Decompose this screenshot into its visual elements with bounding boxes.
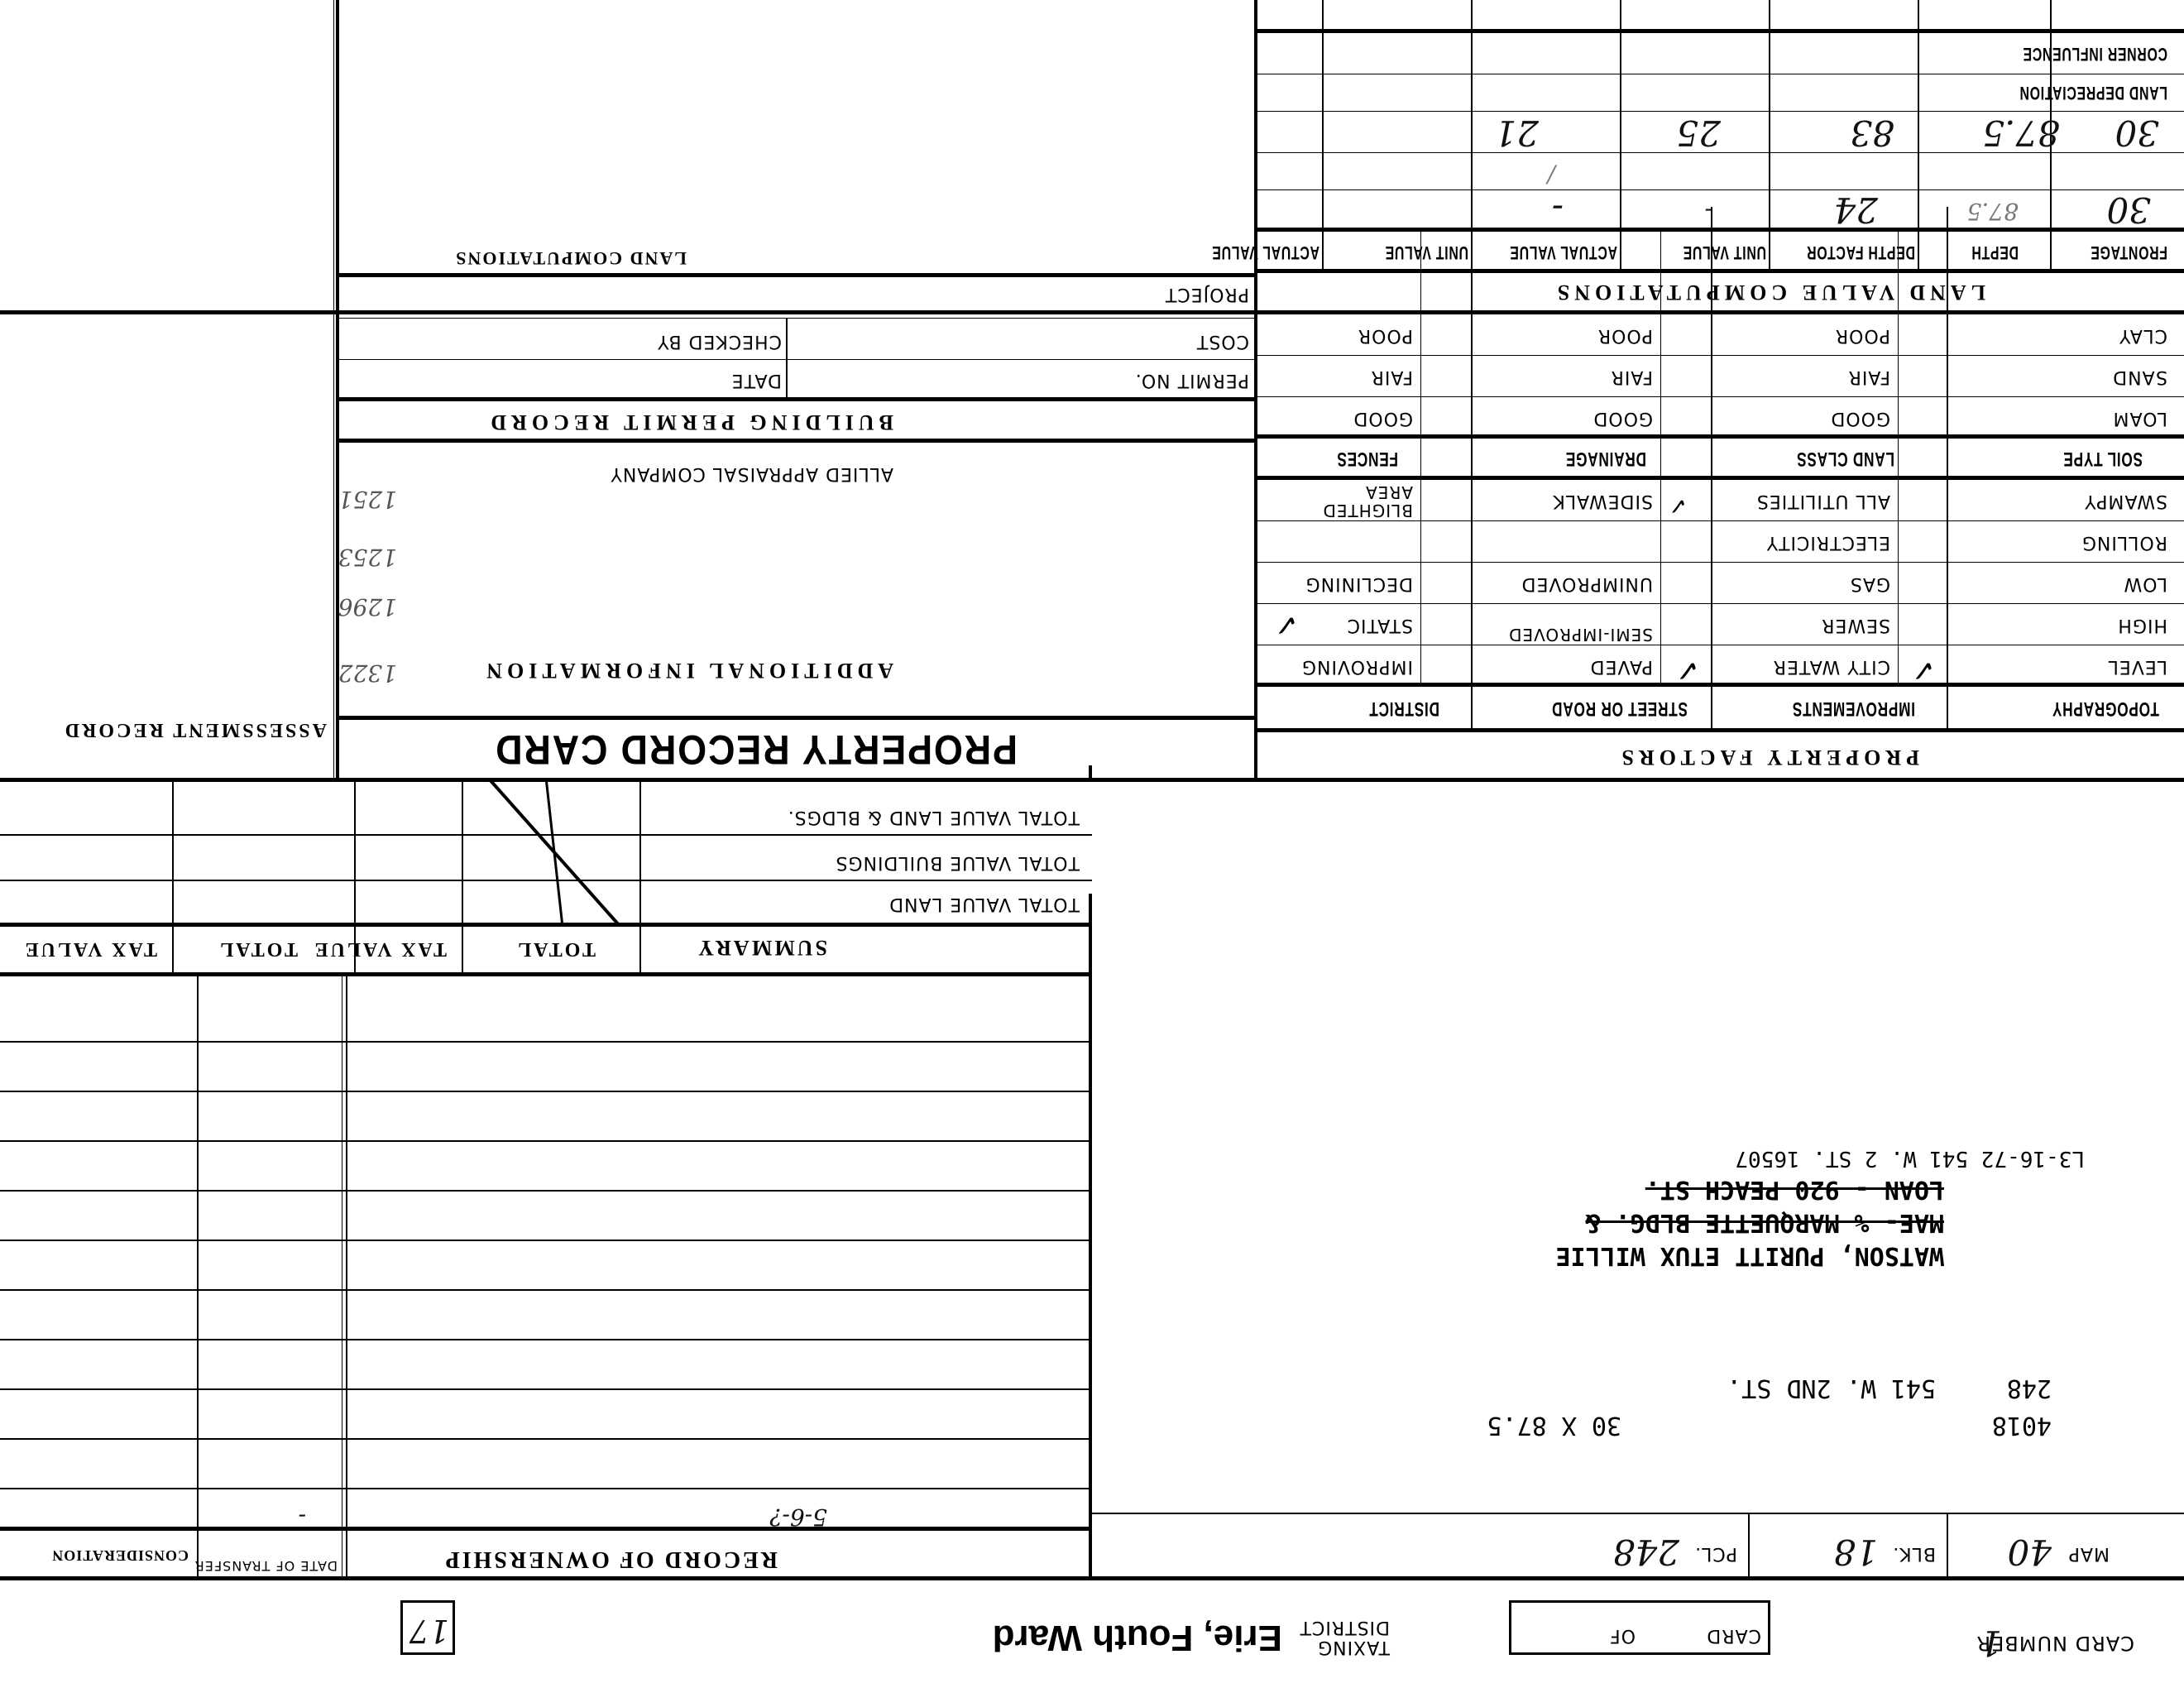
ward-box: 17 xyxy=(400,1600,455,1655)
blk-value: 18 xyxy=(1834,1532,1878,1572)
permit-cost-label: COST xyxy=(1196,331,1249,352)
card-label: CARD xyxy=(1706,1625,1761,1646)
owner-name: WATSON, PURITT ETUX WILLIE xyxy=(1555,1241,1944,1270)
fences-poor: POOR xyxy=(1358,325,1413,346)
factor-rolling: ROLLING xyxy=(2081,532,2167,553)
allied-appraisal-company: ALLIED APPRAISAL COMPANY xyxy=(610,463,893,484)
land-computations-title: LAND COMPUTATIONS xyxy=(454,247,687,269)
factor-all-utilities: ALL UTILITIES xyxy=(1756,491,1890,511)
soil-type-header: SOIL TYPE xyxy=(2063,447,2143,470)
fences-header: FENCES xyxy=(1337,447,1398,470)
fences-good: GOOD xyxy=(1353,408,1413,429)
date-of-transfer-header: DATE OF TRANSFER xyxy=(194,1558,338,1574)
street-or-road-header: STREET OR ROAD xyxy=(1551,697,1688,720)
factor-high: HIGH xyxy=(2117,615,2167,635)
district-header: DISTRICT xyxy=(1369,697,1439,720)
permit-project-label: PROJECT xyxy=(1165,284,1249,305)
additional-note-4: 1251 xyxy=(338,486,397,513)
unit-value-header: UNIT VALUE xyxy=(1683,242,1766,263)
pcl-label: PCL. xyxy=(1694,1543,1737,1564)
factor-swampy: SWAMPY xyxy=(2084,491,2167,511)
card-of-box: CARD OF xyxy=(1509,1600,1770,1655)
factor-gas: GAS xyxy=(1850,573,1890,594)
lvc-actual-value: - xyxy=(1552,189,1564,230)
owner-line1-left: 4018 xyxy=(1992,1411,2052,1440)
calc-depth: 87.5 xyxy=(1982,113,2060,153)
card-number-value: 1 xyxy=(1980,1623,2002,1663)
summary-tax-value-header: TAX VALUE xyxy=(313,938,447,960)
fences-fair: FAIR xyxy=(1371,367,1413,387)
actual-value-header: ACTUAL VALUE xyxy=(1510,242,1617,263)
owner-update-line: L3-16-72 541 W. 2 ST. 16507 xyxy=(1735,1146,2085,1171)
factor-declining: DECLINING xyxy=(1305,573,1413,594)
property-factors-title: PROPERTY FACTORS xyxy=(1617,745,1919,770)
calc-result: 21 xyxy=(1495,113,1539,153)
land-class-fair: FAIR xyxy=(1848,367,1890,387)
lvc-unit-value: - xyxy=(1705,198,1712,225)
property-record-card: CARD NUMBER 1 CARD OF TAXING DISTRICT Er… xyxy=(0,0,2184,1688)
lvc-depth-value: 87.5 xyxy=(1967,198,2019,225)
blk-label: BLK. xyxy=(1892,1543,1936,1564)
check-sidewalk-icon: ✓ xyxy=(1669,492,1688,520)
land-class-poor: POOR xyxy=(1835,325,1890,346)
factor-sidewalk: SIDEWALK xyxy=(1552,491,1653,511)
record-of-ownership-title: RECORD OF OWNERSHIP xyxy=(443,1546,778,1572)
owner-struck-line2: LOAN - 920 PEACH ST. xyxy=(1645,1175,1944,1204)
ownership-row1-date: - xyxy=(299,1503,306,1531)
land-class-header: LAND CLASS xyxy=(1796,447,1894,470)
factor-blighted-area: BLIGHTED AREA xyxy=(1289,483,1413,520)
soil-clay: CLAY xyxy=(2119,325,2167,346)
improvements-header: IMPROVEMENTS xyxy=(1792,697,1915,720)
summary-tax-value-header-2: TAX VALUE xyxy=(23,938,157,960)
lvc-depth-factor-value: 24 xyxy=(1834,189,1878,230)
summary-total-header-2: TOTAL xyxy=(218,938,298,960)
drainage-poor: POOR xyxy=(1597,325,1653,346)
factor-city-water: CITY WATER xyxy=(1773,656,1890,677)
property-record-card-title: PROPERTY RECORD CARD xyxy=(494,726,1018,774)
map-label: MAP xyxy=(2068,1543,2110,1564)
map-value: 40 xyxy=(2008,1532,2052,1572)
property-address: 541 W. 2ND ST. xyxy=(1727,1374,1936,1403)
calc-factor: 83 xyxy=(1851,113,1894,153)
lot-dimensions: 30 X 87.5 xyxy=(1487,1411,1621,1440)
drainage-good: GOOD xyxy=(1592,408,1653,429)
additional-note-2: 1296 xyxy=(338,593,397,621)
factor-semi-improved: SEMI-IMPROVED xyxy=(1487,626,1653,644)
additional-note-3: 1253 xyxy=(338,544,397,571)
lvc-row2-actual-value: / xyxy=(1548,161,1555,189)
calc-unit: 25 xyxy=(1677,113,1721,153)
factor-sewer: SEWER xyxy=(1821,615,1890,635)
summary-row-buildings: TOTAL VALUE BUILDINGS xyxy=(836,852,1080,873)
owner-parcel-no: 248 xyxy=(2007,1374,2052,1403)
factor-low: LOW xyxy=(2123,573,2167,594)
land-value-computations-title: LAND VALUE COMPUTATIONS xyxy=(1553,280,1985,305)
summary-row-land-bldgs: TOTAL VALUE LAND & BLDGS. xyxy=(788,807,1080,827)
additional-information-title: ADDITIONAL INFORMATION xyxy=(481,658,893,683)
summary-crossout-icon xyxy=(463,778,637,927)
check-paved-icon: ✓ xyxy=(1675,653,1700,687)
frontage-header: FRONTAGE xyxy=(2091,242,2167,263)
consideration-header: CONSIDERATION xyxy=(51,1547,189,1564)
soil-sand: SAND xyxy=(2112,367,2167,387)
additional-note-1: 1322 xyxy=(338,659,397,687)
pcl-value: 248 xyxy=(1613,1532,1679,1572)
owner-struck-line1: MAE- % MARQUETTE BLDG. & xyxy=(1586,1208,1944,1237)
permit-date-label: DATE xyxy=(731,370,782,391)
building-permit-record-title: BUILDING PERMIT RECORD xyxy=(486,410,893,434)
soil-loam: LOAM xyxy=(2113,408,2167,429)
land-depreciation-label: LAND DEPRECIATION xyxy=(2019,82,2167,103)
actual-value-header-2: ACTUAL VALUE xyxy=(1212,242,1319,263)
lvc-frontage-value: 30 xyxy=(2107,189,2151,230)
factor-paved: PAVED xyxy=(1590,656,1653,677)
check-static-icon: ✓ xyxy=(1274,607,1299,641)
factor-electricity: ELECTRICITY xyxy=(1766,532,1890,553)
summary-row-land: TOTAL VALUE LAND xyxy=(888,894,1080,914)
land-class-good: GOOD xyxy=(1830,408,1890,429)
permit-no-label: PERMIT NO. xyxy=(1135,370,1249,391)
permit-checked-by-label: CHECKED BY xyxy=(657,331,782,352)
calc-frontage: 30 xyxy=(2115,113,2159,153)
drainage-header: DRAINAGE xyxy=(1565,447,1646,470)
drainage-fair: FAIR xyxy=(1611,367,1653,387)
summary-total-header: TOTAL xyxy=(515,938,596,960)
corner-influence-label: CORNER INFLUENCE xyxy=(2023,43,2167,65)
check-city-water-icon: ✓ xyxy=(1911,653,1936,687)
assessment-record-title: ASSESSMENT RECORD xyxy=(63,718,327,741)
factor-level: LEVEL xyxy=(2108,656,2167,677)
unit-value-header-2: UNIT VALUE xyxy=(1385,242,1468,263)
factor-static: STATIC xyxy=(1347,615,1413,635)
depth-factor-header: DEPTH FACTOR xyxy=(1806,242,1915,263)
ownership-row1-owner: 5-6-? xyxy=(769,1503,827,1531)
summary-title: SUMMARY xyxy=(696,935,827,960)
depth-header: DEPTH xyxy=(1971,242,2019,263)
taxing-district-value: Erie, Fouth Ward xyxy=(993,1617,1282,1658)
topography-header: TOPOGRAPHY xyxy=(2052,697,2159,720)
taxing-district-label: TAXING DISTRICT xyxy=(1291,1617,1390,1657)
factor-improving: IMPROVING xyxy=(1301,656,1413,677)
of-label: OF xyxy=(1609,1625,1636,1646)
factor-unimproved: UNIMPROVED xyxy=(1521,573,1653,594)
